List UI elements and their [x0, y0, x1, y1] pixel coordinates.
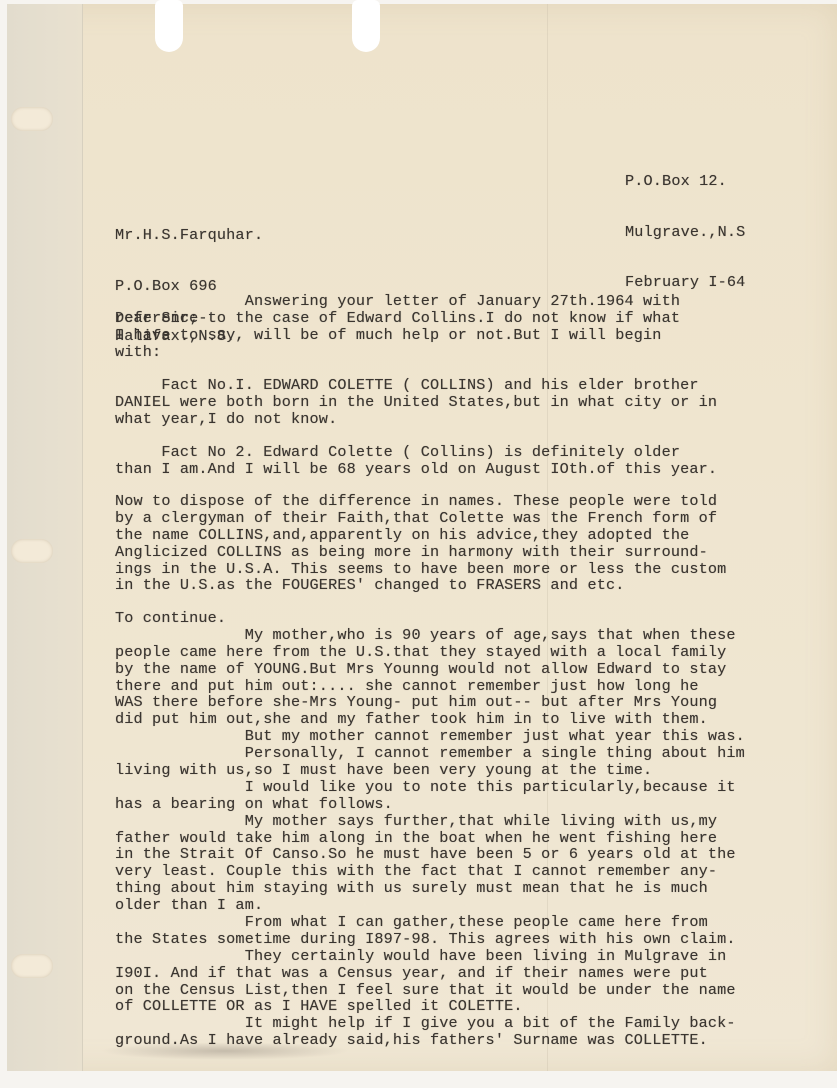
text-line: Now to dispose of the difference in name…	[115, 493, 726, 510]
text-line: with:	[115, 344, 680, 361]
torn-notch-right	[352, 0, 380, 52]
paragraph-fact-1: Fact No.I. EDWARD COLETTE ( COLLINS) and…	[115, 377, 717, 428]
text-line: living with us,so I must have been very …	[115, 762, 745, 779]
text-line: did put him out,she and my father took h…	[115, 711, 745, 728]
text-line: Answering your letter of January 27th.19…	[115, 293, 680, 310]
punch-hole-middle	[11, 539, 53, 563]
text-line: I90I. And if that was a Census year, and…	[115, 965, 745, 982]
return-address-line: February I-64	[625, 274, 745, 291]
text-line: father would take him along in the boat …	[115, 830, 745, 847]
text-line: They certainly would have been living in…	[115, 948, 745, 965]
text-line: It might help if I give you a bit of the…	[115, 1015, 745, 1032]
return-address-line: P.O.Box 12.	[625, 173, 745, 190]
binding-margin	[7, 4, 83, 1071]
text-line: older than I am.	[115, 897, 745, 914]
paragraph-intro: Answering your letter of January 27th.19…	[115, 293, 680, 361]
punch-hole-top	[11, 107, 53, 131]
text-line: there and put him out:.... she cannot re…	[115, 678, 745, 695]
text-line: Personally, I cannot remember a single t…	[115, 745, 745, 762]
punch-hole-bottom	[11, 954, 53, 978]
text-line: in the Strait Of Canso.So he must have b…	[115, 846, 745, 863]
text-line: reference to the case of Edward Collins.…	[115, 310, 680, 327]
text-line: the name COLLINS,and,apparently on his a…	[115, 527, 726, 544]
text-line: the States sometime during I897-98. This…	[115, 931, 745, 948]
text-line: I would like you to note this particular…	[115, 779, 745, 796]
text-line: My mother,who is 90 years of age,says th…	[115, 627, 745, 644]
text-line: by a clergyman of their Faith,that Colet…	[115, 510, 726, 527]
text-line: But my mother cannot remember just what …	[115, 728, 745, 745]
text-line: what year,I do not know.	[115, 411, 717, 428]
text-line: than I am.And I will be 68 years old on …	[115, 461, 717, 478]
scanned-page: P.O.Box 12. Mulgrave.,N.S February I-64 …	[0, 0, 837, 1088]
text-line: My mother says further,that while living…	[115, 813, 745, 830]
text-line: people came here from the U.S.that they …	[115, 644, 745, 661]
recipient-address-line: Mr.H.S.Farquhar.	[115, 227, 263, 244]
text-line: on the Census List,then I feel sure that…	[115, 982, 745, 999]
text-line: DANIEL were both born in the United Stat…	[115, 394, 717, 411]
text-line: Fact No.I. EDWARD COLETTE ( COLLINS) and…	[115, 377, 717, 394]
text-line: ground.As I have already said,his father…	[115, 1032, 745, 1049]
paragraph-names: Now to dispose of the difference in name…	[115, 493, 726, 594]
text-line: very least. Couple this with the fact th…	[115, 863, 745, 880]
text-line: by the name of YOUNG.But Mrs Younng woul…	[115, 661, 745, 678]
text-line: ings in the U.S.A. This seems to have be…	[115, 561, 726, 578]
text-line: To continue.	[115, 610, 745, 627]
text-line: WAS there before she-Mrs Young- put him …	[115, 694, 745, 711]
torn-notch-left	[155, 0, 183, 52]
text-line: I have to say, will be of much help or n…	[115, 327, 680, 344]
paragraph-fact-2: Fact No 2. Edward Colette ( Collins) is …	[115, 444, 717, 478]
text-line: Fact No 2. Edward Colette ( Collins) is …	[115, 444, 717, 461]
text-line: of COLLETTE OR as I HAVE spelled it COLE…	[115, 998, 745, 1015]
paragraph-continue: To continue. My mother,who is 90 years o…	[115, 610, 745, 1049]
text-line: thing about him staying with us surely m…	[115, 880, 745, 897]
text-line: in the U.S.as the FOUGERES' changed to F…	[115, 577, 726, 594]
text-line: Anglicized COLLINS as being more in harm…	[115, 544, 726, 561]
text-line: From what I can gather,these people came…	[115, 914, 745, 931]
text-line: has a bearing on what follows.	[115, 796, 745, 813]
return-address-line: Mulgrave.,N.S	[625, 224, 745, 241]
